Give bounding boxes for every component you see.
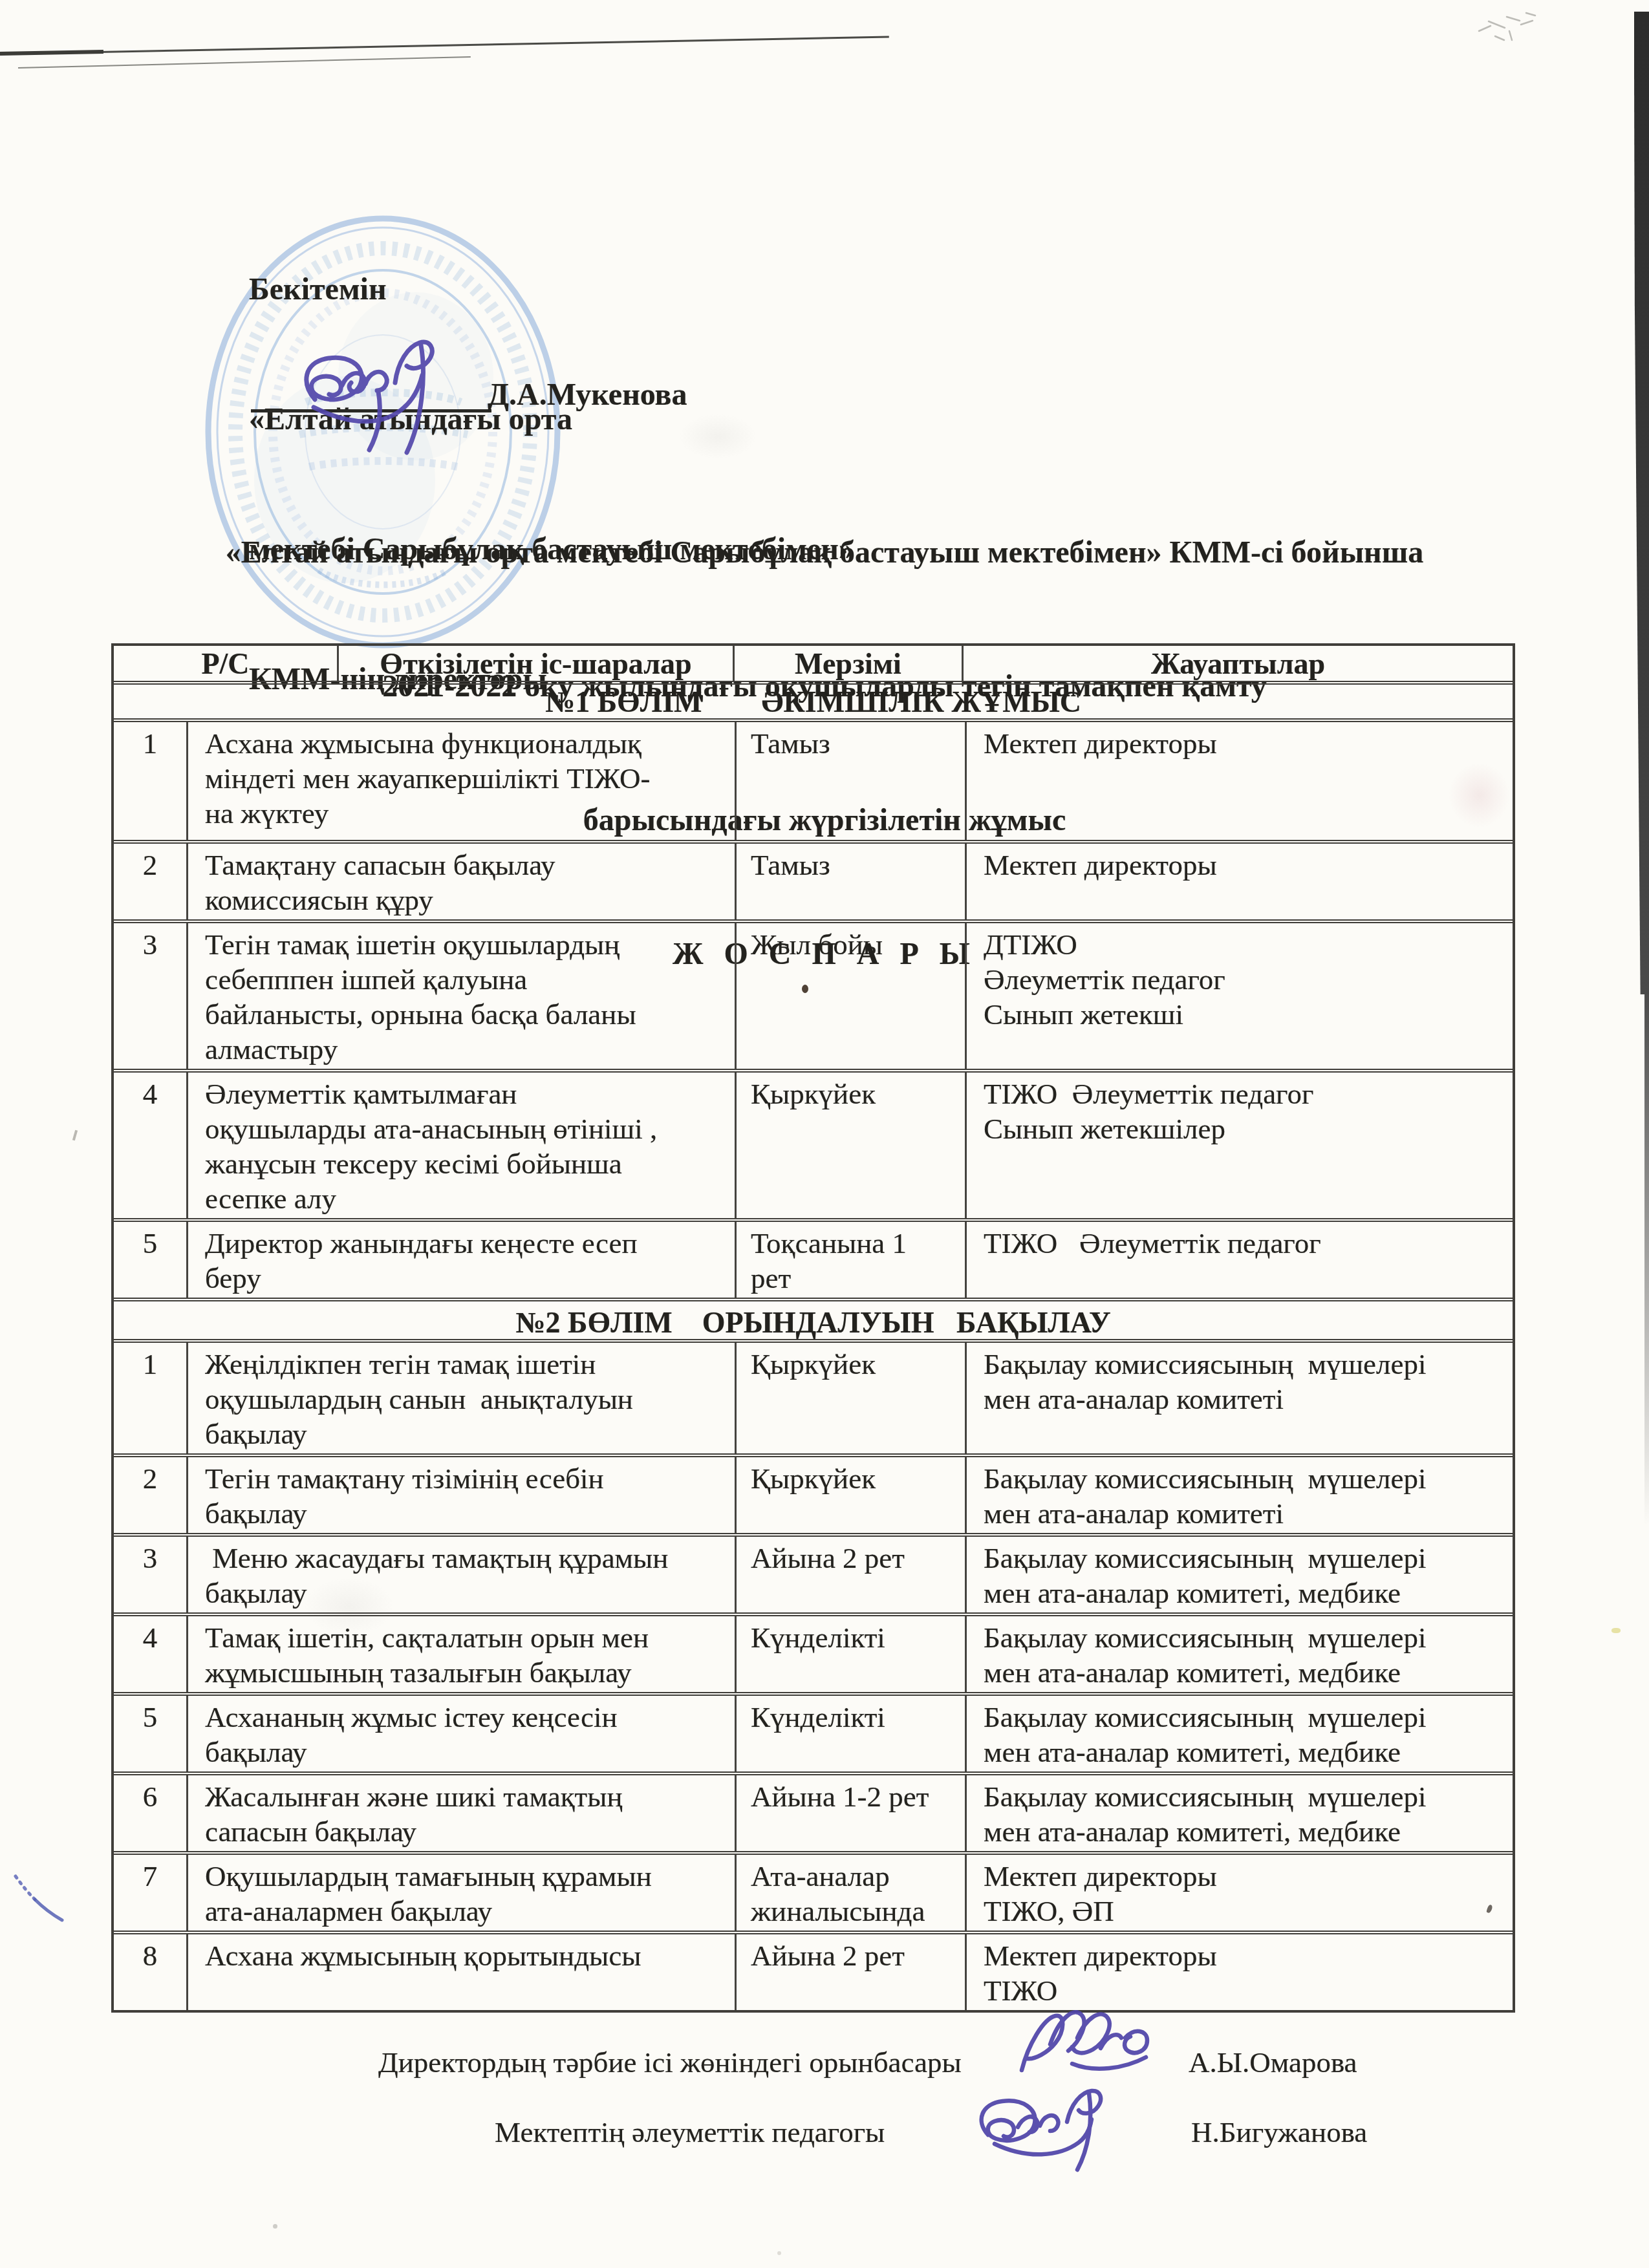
row-term: Айына 2 рет — [735, 1934, 965, 2010]
row-term: Тамыз — [735, 722, 965, 840]
row-responsible: Мектеп директоры — [965, 722, 1513, 840]
scan-edge-band — [1634, 12, 1649, 994]
table-row: 2 Тегін тамақтану тізімінің есебін бақыл… — [114, 1453, 1513, 1533]
table-row: 1 Жеңілдікпен тегін тамақ ішетін оқушыла… — [114, 1339, 1513, 1453]
row-term: Күнделікті — [735, 1616, 965, 1692]
row-event: Асхананың жұмыс істеу кеңсесін бақылау — [186, 1696, 735, 1771]
row-event: Асхана жұмысының қорытындысы — [186, 1934, 735, 2010]
row-responsible: ТІЖО Әлеуметтік педагог Сынып жетекшілер — [965, 1073, 1513, 1218]
scan-artifact-line — [18, 56, 471, 69]
column-header-resp: Жауаптылар — [962, 646, 1513, 681]
row-number: 2 — [114, 844, 186, 919]
row-term: Қыркүйек — [735, 1073, 965, 1218]
row-event: Әлеуметтік қамтылмаған оқушыларды ата-ан… — [186, 1073, 735, 1218]
table-row: 3 Меню жасаудағы тамақтың құрамын бақыла… — [114, 1533, 1513, 1612]
table-row: 5 Асхананың жұмыс істеу кеңсесін бақылау… — [114, 1692, 1513, 1771]
row-number: 4 — [114, 1073, 186, 1218]
row-event: Тегін тамақтану тізімінің есебін бақылау — [186, 1457, 735, 1533]
row-responsible: Бақылау комиссиясының мүшелері мен ата-а… — [965, 1457, 1513, 1533]
row-term: Күнделікті — [735, 1696, 965, 1771]
row-event: Директор жанындағы кеңесте есеп беру — [186, 1222, 735, 1298]
table-row: 1 Асхана жұмысына функционалдық міндеті … — [114, 718, 1513, 840]
row-term: Қыркүйек — [735, 1343, 965, 1453]
column-header-num: Р/С — [114, 646, 337, 681]
row-term: Айына 1-2 рет — [735, 1775, 965, 1851]
row-responsible: Бақылау комиссиясының мүшелері мен ата-а… — [965, 1343, 1513, 1453]
scan-speck — [1611, 1628, 1621, 1633]
row-event: Оқушылардың тамағының құрамын ата-аналар… — [186, 1855, 735, 1931]
row-responsible: Бақылау комиссиясының мүшелері мен ата-а… — [965, 1537, 1513, 1612]
row-term: Жыл бойы — [735, 923, 965, 1069]
row-number: 8 — [114, 1934, 186, 2010]
row-event: Асхана жұмысына функционалдық міндеті ме… — [186, 722, 735, 840]
signoff-label-pedagog: Мектептің әлеуметтік педагогы — [495, 2115, 885, 2149]
row-responsible: Мектеп директоры — [965, 844, 1513, 919]
signoff-name-omarova: А.Ы.Омарова — [1189, 2046, 1357, 2079]
table-row: 7 Оқушылардың тамағының құрамын ата-анал… — [114, 1851, 1513, 1931]
row-number: 6 — [114, 1775, 186, 1851]
scan-speck — [777, 2251, 781, 2255]
section-2-banner: №2 БӨЛІМ ОРЫНДАЛУЫН БАҚЫЛАУ — [114, 1298, 1513, 1339]
row-event: Жасалынған және шикі тамақтың сапасын ба… — [186, 1775, 735, 1851]
row-responsible: Бақылау комиссиясының мүшелері мен ата-а… — [965, 1616, 1513, 1692]
row-number: 3 — [114, 1537, 186, 1612]
column-header-term: Мерзімі — [733, 646, 962, 681]
pencil-scratch-marks — [1476, 5, 1553, 54]
row-term: Қыркүйек — [735, 1457, 965, 1533]
scan-speck — [273, 2224, 277, 2229]
row-term: Айына 2 рет — [735, 1537, 965, 1612]
section-title: №1 БӨЛІМ ӘКІМШІЛІК ЖҰМЫС — [545, 685, 1081, 718]
scan-speck — [72, 1130, 78, 1140]
scan-artifact-line — [0, 50, 103, 56]
row-number: 7 — [114, 1855, 186, 1931]
signoff-name-biguzhanova: Н.Бигужанова — [1191, 2115, 1367, 2149]
row-event: Меню жасаудағы тамақтың құрамын бақылау — [186, 1537, 735, 1612]
row-number: 2 — [114, 1457, 186, 1533]
table-row: 5 Директор жанындағы кеңесте есеп беру Т… — [114, 1218, 1513, 1298]
row-number: 1 — [114, 722, 186, 840]
row-responsible: ДТІЖО Әлеуметтік педагог Сынып жетекші — [965, 923, 1513, 1069]
row-responsible: Бақылау комиссиясының мүшелері мен ата-а… — [965, 1775, 1513, 1851]
table-row: 4 Тамақ ішетін, сақталатын орын мен жұмы… — [114, 1612, 1513, 1692]
table-row: 3 Тегін тамақ ішетін оқушылардың себеппп… — [114, 919, 1513, 1069]
table-row: 6 Жасалынған және шикі тамақтың сапасын … — [114, 1771, 1513, 1851]
row-number: 5 — [114, 1696, 186, 1771]
section-1-banner: №1 БӨЛІМ ӘКІМШІЛІК ЖҰМЫС — [114, 681, 1513, 718]
row-responsible: Мектеп директоры ТІЖО, ӘП — [965, 1855, 1513, 1931]
scanned-document-page: Бекітемін «Елтай атындағы орта мектебі С… — [0, 0, 1649, 2268]
row-number: 3 — [114, 923, 186, 1069]
title-line: «Елтай атындағы орта мектебі Сарыбұлақ б… — [97, 530, 1552, 575]
row-responsible: ТІЖО Әлеуметтік педагог — [965, 1222, 1513, 1298]
row-event: Тамақтану сапасын бақылау комиссиясын құ… — [186, 844, 735, 919]
signoff-label-deputy: Директордың тәрбие ісі жөніндегі орынбас… — [378, 2046, 962, 2079]
pen-mark — [10, 1872, 69, 1934]
biguzhanova-signature-ink — [956, 2081, 1156, 2181]
row-event: Тамақ ішетін, сақталатын орын мен жұмысш… — [186, 1616, 735, 1692]
row-number: 4 — [114, 1616, 186, 1692]
table-row: 8 Асхана жұмысының қорытындысы Айына 2 р… — [114, 1931, 1513, 2010]
row-term: Тоқсанына 1 рет — [735, 1222, 965, 1298]
scan-edge-band — [1644, 989, 1649, 1526]
table-header-row: Р/С Өткізілетін іс-шаралар Мерзімі Жауап… — [114, 646, 1513, 681]
director-name: Д.А.Мукенова — [488, 378, 687, 412]
row-event: Жеңілдікпен тегін тамақ ішетін оқушылард… — [186, 1343, 735, 1453]
row-number: 1 — [114, 1343, 186, 1453]
scan-artifact-line — [0, 36, 889, 55]
row-number: 5 — [114, 1222, 186, 1298]
row-term: Ата-аналар жиналысында — [735, 1855, 965, 1931]
director-signature-ink — [275, 323, 469, 459]
column-header-event: Өткізілетін іс-шаралар — [337, 646, 733, 681]
row-term: Тамыз — [735, 844, 965, 919]
table-row: 2 Тамақтану сапасын бақылау комиссиясын … — [114, 840, 1513, 919]
approval-line: Бекітемін — [249, 268, 854, 311]
section-title: №2 БӨЛІМ ОРЫНДАЛУЫН БАҚЫЛАУ — [515, 1306, 1110, 1339]
plan-table: Р/С Өткізілетін іс-шаралар Мерзімі Жауап… — [111, 643, 1515, 2013]
row-event: Тегін тамақ ішетін оқушылардың себепппен… — [186, 923, 735, 1069]
row-responsible: Бақылау комиссиясының мүшелері мен ата-а… — [965, 1696, 1513, 1771]
table-row: 4 Әлеуметтік қамтылмаған оқушыларды ата-… — [114, 1069, 1513, 1218]
